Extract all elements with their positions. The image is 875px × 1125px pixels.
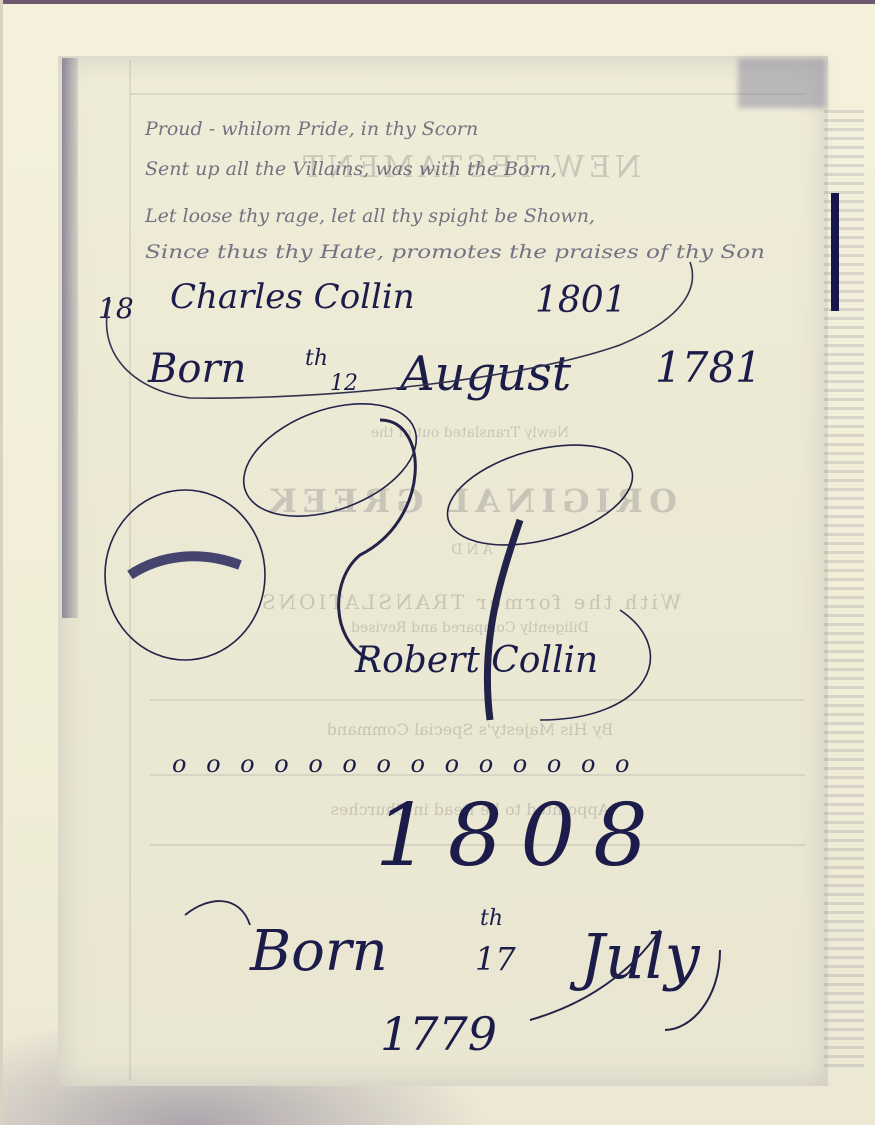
poem-line: Let loose thy rage, let all thy spight b… (144, 205, 595, 227)
entry-name: Charles Collin (170, 277, 415, 317)
handwriting-layer: Proud - whilom Pride, in thy Scorn Sent … (0, 0, 875, 1125)
born-label: Born (249, 919, 388, 984)
signature-block: Robert Collin (354, 640, 598, 681)
poem-line: Since thus thy Hate, promotes the praise… (145, 241, 765, 263)
day-suffix: th (480, 906, 503, 931)
day-suffix: th (305, 346, 328, 371)
birth-month: August (396, 346, 572, 402)
birth-year: 1779 (380, 1007, 497, 1061)
birth-day: 17 (475, 940, 516, 978)
poem-line: Proud - whilom Pride, in thy Scorn (144, 118, 478, 140)
poem-block: Proud - whilom Pride, in thy Scorn Sent … (144, 118, 765, 263)
signature-name: Robert Collin (354, 640, 598, 681)
birth-year: 1781 (655, 343, 762, 392)
born-flourish-icon (185, 901, 250, 925)
entry-year: 1808 (375, 786, 666, 886)
poem-line: Sent up all the Villains, was with the B… (145, 158, 557, 180)
entry-year: 1801 (535, 280, 627, 321)
entry-prefix: 18 (98, 292, 134, 325)
flourish-marks: o o o o o o o o o o o o o o (172, 750, 635, 778)
birth-month: July (569, 920, 701, 993)
entry-charles: 18 Charles Collin 1801 Born th 12 August… (98, 277, 762, 402)
entry-1808: 1808 th Born 17 July 1779 (249, 786, 701, 1061)
born-label: Born (147, 346, 246, 392)
